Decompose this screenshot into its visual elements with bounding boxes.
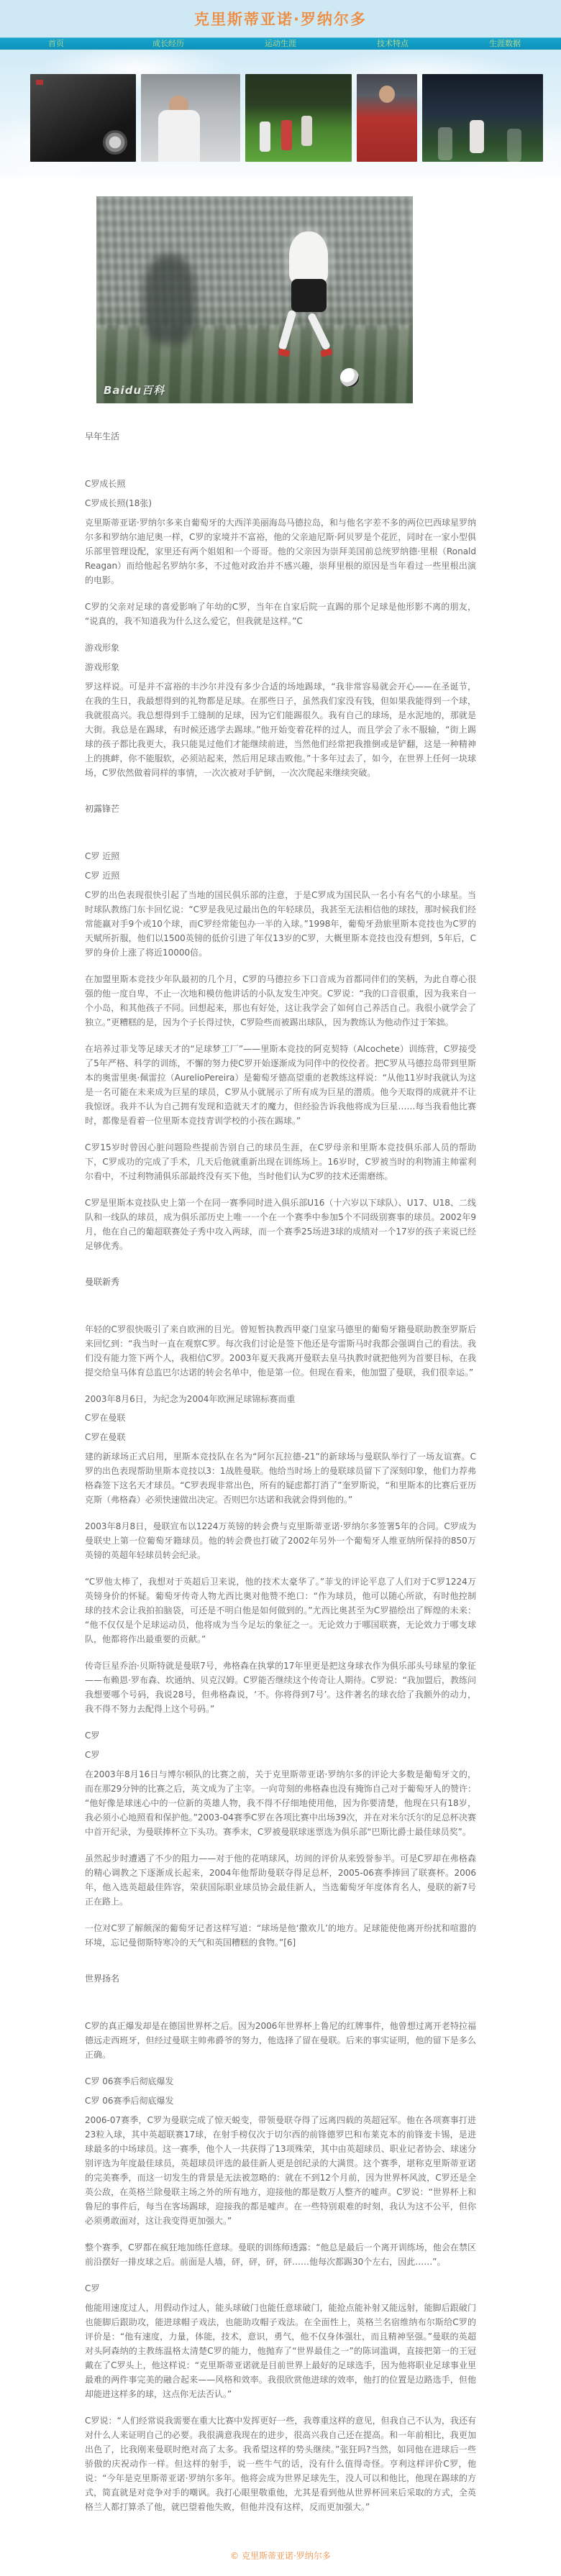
nav-item-career[interactable]: 运动生涯 bbox=[224, 38, 337, 50]
section-heading-manutd-rookie: 曼联新秀 bbox=[85, 1275, 476, 1289]
site-footer: © 克里斯蒂亚诺·罗纳尔多 bbox=[0, 2526, 561, 2576]
gallery-photo-portugal-shirt[interactable] bbox=[357, 74, 417, 162]
image-caption: 游戏形象 bbox=[85, 641, 476, 655]
article-paragraph: C罗是里斯本竞技队史上第一个在同一赛季同时进入俱乐部U16（十六岁以下球队）、U… bbox=[85, 1196, 476, 1253]
sky-banner bbox=[0, 50, 561, 178]
photo-gallery bbox=[0, 50, 561, 162]
article-paragraph: C罗的出色表现很快引起了当地的国民俱乐部的注意，于是C罗成为国民队一名小有名气的… bbox=[85, 888, 476, 960]
article-paragraph: C罗的真正爆发却是在德国世界杯之后。因为2006年世界杯上鲁尼的红牌事件，他曾想… bbox=[85, 2019, 476, 2062]
page: 克里斯蒂亚诺·罗纳尔多 首页 成长经历 运动生涯 技术特点 生涯数据 Baidu bbox=[0, 0, 561, 2576]
article-paragraph: “C罗他太棒了，我想对于英超后卫来说，他的技术太豪华了。”菲戈的评论平息了人们对… bbox=[85, 1575, 476, 1646]
image-caption: C罗 06赛季后彻底爆发 bbox=[85, 2094, 476, 2108]
gallery-photo-bicycle-kick[interactable] bbox=[30, 74, 136, 162]
article-paragraph: 2003年8月8日，曼联宣布以1224万英镑的转会费与克里斯蒂亚诺·罗纳尔多签署… bbox=[85, 1519, 476, 1562]
article-paragraph: 在加盟里斯本竞技少年队最初的几个月，C罗的马德拉乡下口音成为首都同伴们的笑柄，为… bbox=[85, 972, 476, 1030]
article-paragraph: 克里斯蒂亚诺·罗纳尔多来自葡萄牙的大西洋美丽海岛马德拉岛，和与他名字差不多的两位… bbox=[85, 515, 476, 587]
image-caption: C罗成长照(18张) bbox=[85, 496, 476, 510]
image-caption: C罗成长照 bbox=[85, 477, 476, 491]
article-paragraph: 传奇巨星乔治·贝斯特就是曼联7号，弗格森在执掌的17年里更是把这身球衣作为俱乐部… bbox=[85, 1659, 476, 1716]
gallery-photo-final-win[interactable] bbox=[422, 74, 543, 162]
gallery-photo-celebration[interactable] bbox=[245, 74, 352, 162]
article-paragraph: C罗的父亲对足球的喜爱影响了年幼的C罗，当年在自家后院一直踢的那个足球是他形影不… bbox=[85, 600, 476, 628]
article-paragraph: 罗这样说。可是并不富裕的丰沙尔并没有多少合适的场地踢球，“我非常容易就会开心——… bbox=[85, 679, 476, 780]
image-caption: C罗 bbox=[85, 1728, 476, 1743]
nav-item-skills[interactable]: 技术特点 bbox=[337, 38, 449, 50]
image-caption: C罗 近照 bbox=[85, 868, 476, 883]
article-paragraph: 他能用速度过人，用假动作过人，能头球破门也能任意球破门，能抢点能补射又能远射，能… bbox=[85, 2301, 476, 2401]
image-caption: C罗 06赛季后彻底爆发 bbox=[85, 2074, 476, 2089]
article-paragraph: 在2003年8月16日与博尔顿队的比赛之前，关于克里斯蒂亚诺·罗纳尔多的评论大多… bbox=[85, 1767, 476, 1839]
section-heading-first-fame: 初露锋芒 bbox=[85, 802, 476, 816]
hero-striker-figure bbox=[289, 232, 328, 283]
article-paragraph: 虽然起步时遭遇了不少的阻力——对于他的花哨球风，坊间的评价从来毁誉参半。可是C罗… bbox=[85, 1851, 476, 1909]
image-caption: C罗 bbox=[85, 1748, 476, 1762]
main-nav: 首页 成长经历 运动生涯 技术特点 生涯数据 bbox=[0, 37, 561, 50]
hero-football bbox=[340, 368, 359, 387]
image-caption: C罗在曼联 bbox=[85, 1411, 476, 1425]
baidu-baike-watermark: Baidu百科 bbox=[104, 382, 165, 398]
article-paragraph: 整个赛季，C罗都在疯狂地加练任意球。曼联的训练师透露：“他总是最后一个离开训练场… bbox=[85, 2240, 476, 2269]
hero-image[interactable]: Baidu百科 bbox=[96, 196, 413, 403]
section-heading-world-fame: 世界扬名 bbox=[85, 1971, 476, 1986]
nav-item-home[interactable]: 首页 bbox=[0, 38, 112, 50]
hero-defender-figure bbox=[144, 255, 196, 344]
article: 早年生活 C罗成长照 C罗成长照(18张) 克里斯蒂亚诺·罗纳尔多来自葡萄牙的大… bbox=[85, 429, 476, 2514]
article-paragraph: 2003年8月6日，为纪念为2004年欧洲足球锦标赛而重 bbox=[85, 1392, 476, 1406]
article-paragraph: 在培养过菲戈等足球天才的“足球梦工厂”——里斯本竞技的阿克契特（Alcochet… bbox=[85, 1042, 476, 1128]
nav-item-growth[interactable]: 成长经历 bbox=[112, 38, 224, 50]
image-caption: C罗 bbox=[85, 2281, 476, 2296]
image-caption: C罗 近照 bbox=[85, 849, 476, 863]
image-caption: 游戏形象 bbox=[85, 660, 476, 674]
article-paragraph: 年轻的C罗很快吸引了来自欧洲的目光。曾短暂执教西甲豪门皇家马德里的葡萄牙籍曼联助… bbox=[85, 1322, 476, 1380]
article-paragraph: C罗15岁时曾因心脏问题险些提前告别自己的球员生涯，在C罗母亲和里斯本竞技俱乐部… bbox=[85, 1140, 476, 1183]
article-paragraph: 2006-07赛季，C罗为曼联完成了惊天蜕变，带领曼联夺得了远离四载的英超冠军。… bbox=[85, 2113, 476, 2228]
article-paragraph: C罗说：“人们经常说我需要在重大比赛中发挥更好一些，我尊重这样的意见，但我自己不… bbox=[85, 2414, 476, 2514]
image-caption: C罗在曼联 bbox=[85, 1430, 476, 1444]
copyright-link[interactable]: © 克里斯蒂亚诺·罗纳尔多 bbox=[230, 2551, 331, 2561]
hero-striker-shorts bbox=[291, 279, 327, 312]
article-paragraph: 建的新球场正式启用，里斯本竞技队在名为“阿尔瓦拉德-21”的新球场与曼联队举行了… bbox=[85, 1449, 476, 1507]
gallery-photo-with-son[interactable] bbox=[141, 74, 240, 162]
page-title: 克里斯蒂亚诺·罗纳尔多 bbox=[194, 8, 367, 29]
article-paragraph: 一位对C罗了解颇深的葡萄牙记者这样写道：“球场是他‘撒欢儿’的地方。足球能使他离… bbox=[85, 1921, 476, 1950]
site-header: 克里斯蒂亚诺·罗纳尔多 bbox=[0, 0, 561, 37]
section-heading-early-life: 早年生活 bbox=[85, 429, 476, 444]
nav-item-stats[interactable]: 生涯数据 bbox=[449, 38, 561, 50]
